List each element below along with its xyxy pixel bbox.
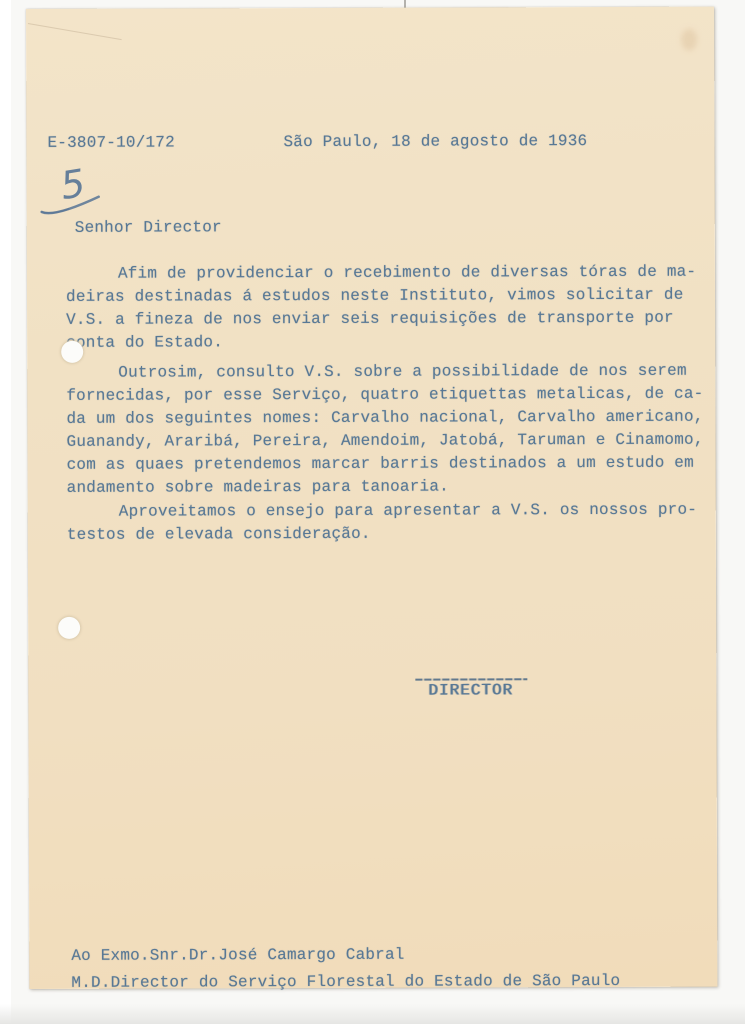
letter-header: E-3807-10/172 São Paulo, 18 de agosto de… xyxy=(26,132,714,154)
punch-hole-top xyxy=(61,341,83,363)
body-paragraph-3: Aproveitamos o ensejo para apresentar a … xyxy=(67,499,697,547)
handwritten-number: 5 xyxy=(37,162,107,227)
letter-paper: E-3807-10/172 São Paulo, 18 de agosto de… xyxy=(26,7,717,989)
svg-text:5: 5 xyxy=(57,162,88,208)
text-line: Afim de providenciar o recebimento de di… xyxy=(66,261,696,286)
text-line: fornecidas, por esse Serviço, quatro eti… xyxy=(66,383,703,408)
text-line: da um dos seguintes nomes: Carvalho naci… xyxy=(66,406,703,431)
text-line: deiras destinadas á estudos neste Instit… xyxy=(66,284,696,309)
addressee-block: Ao Exmo.Snr.Dr.José Camargo CabralM.D.Di… xyxy=(71,941,620,997)
text-line: M.D.Director do Serviço Florestal do Est… xyxy=(71,968,620,997)
punch-hole-bottom xyxy=(58,617,80,639)
dateline: São Paulo, 18 de agosto de 1936 xyxy=(283,132,587,151)
signature-rule xyxy=(415,678,527,680)
signature-title: DIRECTOR xyxy=(428,681,555,699)
text-line: Outrosim, consulto V.S. sobre a possibil… xyxy=(66,360,703,385)
text-line: Aproveitamos o ensejo para apresentar a … xyxy=(67,499,697,524)
text-line: testos de elevada consideração. xyxy=(67,522,697,547)
scanner-margin-left xyxy=(0,0,11,1024)
salutation: Senhor Director xyxy=(75,218,222,237)
paper-stain xyxy=(681,29,697,51)
signature-block: DIRECTOR xyxy=(415,678,555,699)
scanner-shadow-bottom xyxy=(0,1004,745,1024)
paper-crease xyxy=(28,23,122,40)
handwritten-five-glyph: 5 xyxy=(37,162,107,222)
body-paragraph-2: Outrosim, consulto V.S. sobre a possibil… xyxy=(66,360,704,500)
text-line: Ao Exmo.Snr.Dr.José Camargo Cabral xyxy=(71,941,620,970)
text-line: com as quaes pretendemos marcar barris d… xyxy=(67,452,704,477)
text-line: andamento sobre madeiras para tanoaria. xyxy=(67,475,704,500)
text-line: V.S. a fineza de nos enviar seis requisi… xyxy=(66,307,696,332)
scanned-letter-page: { "document": { "reference_number": "E-3… xyxy=(0,0,745,1024)
text-line: Guanandy, Araribá, Pereira, Amendoim, Ja… xyxy=(66,429,703,454)
body-paragraph-1: Afim de providenciar o recebimento de di… xyxy=(66,261,697,355)
reference-number: E-3807-10/172 xyxy=(47,133,174,151)
text-line: conta do Estado. xyxy=(66,330,696,355)
